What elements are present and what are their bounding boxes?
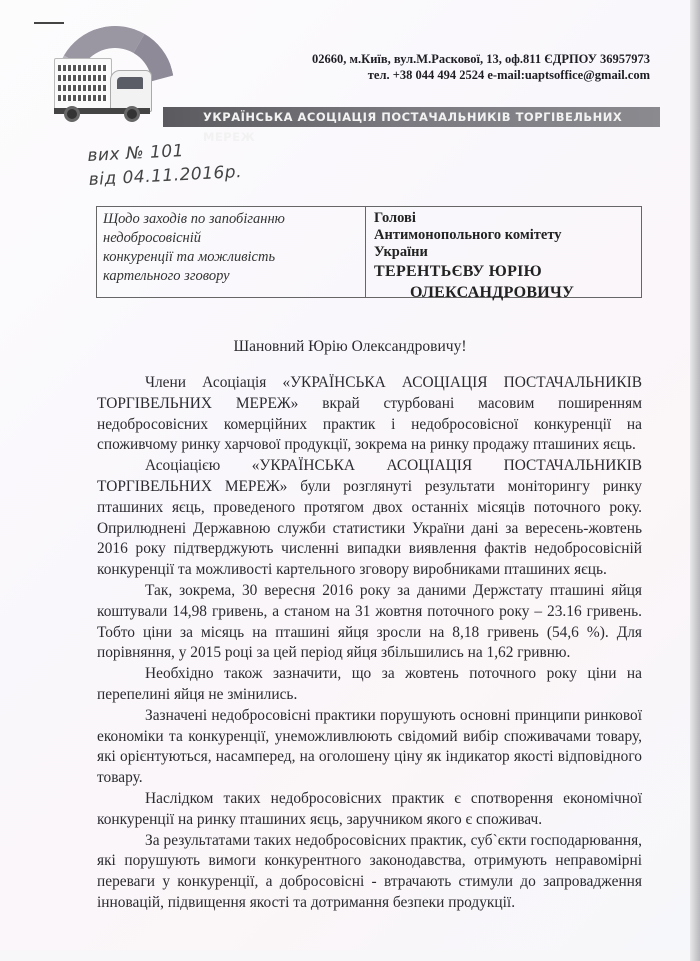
- header-table: Щодо заходів по запобіганню недобросовіс…: [96, 206, 642, 298]
- paragraph: Асоціацією «УКРАЇНСЬКА АСОЦІАЦІЯ ПОСТАЧА…: [97, 456, 642, 581]
- recipient-name: ОЛЕКСАНДРОВИЧУ: [374, 282, 641, 303]
- letter-body: Члени Асоціація «УКРАЇНСЬКА АСОЦІАЦІЯ ПО…: [97, 373, 642, 914]
- paragraph: Члени Асоціація «УКРАЇНСЬКА АСОЦІАЦІЯ ПО…: [97, 373, 642, 456]
- subject-line: Щодо заходів по запобіганню: [103, 210, 365, 229]
- subject-line: недобросовісній: [103, 229, 365, 248]
- paragraph: За результатами таких недобросовісних пр…: [97, 831, 642, 914]
- recipient-line: Антимонопольного комітету: [374, 227, 641, 244]
- paragraph: Так, зокрема, 30 вересня 2016 року за да…: [97, 581, 642, 664]
- paragraph: Необхідно також зазначити, що за жовтень…: [97, 664, 642, 706]
- association-banner: УКРАЇНСЬКА АСОЦІАЦІЯ ПОСТАЧАЛЬНИКІВ ТОРГ…: [163, 107, 660, 127]
- truck-cargo-box: [54, 58, 112, 112]
- recipient-name: ТЕРЕНТЬЄВУ ЮРІЮ: [374, 261, 641, 282]
- truck-wheel: [64, 106, 80, 122]
- handwritten-registration: вих № 101 від 04.11.2016р.: [87, 136, 243, 192]
- subject-line: конкуренції та можливість: [103, 248, 365, 267]
- letterhead-address: 02660, м.Київ, вул.М.Раскової, 13, оф.81…: [312, 51, 650, 83]
- paragraph: Наслідком таких недобросовісних практик …: [97, 789, 642, 831]
- contact-line: тел. +38 044 494 2524 e-mail:uaptsoffice…: [312, 67, 650, 83]
- scan-edge: [690, 0, 700, 961]
- truck-wheel: [124, 106, 140, 122]
- letter-page: 02660, м.Київ, вул.М.Раскової, 13, оф.81…: [0, 0, 690, 950]
- subject-line: картельного зговору: [103, 267, 365, 286]
- recipient-cell: Голові Антимонопольного комітету України…: [366, 207, 641, 297]
- corner-mark: [34, 22, 64, 24]
- delivery-truck-logo-icon: [48, 26, 173, 126]
- recipient-line: Голові: [374, 210, 641, 227]
- recipient-line: України: [374, 244, 641, 261]
- greeting: Шановний Юрію Олександровичу!: [0, 338, 700, 356]
- address-line: 02660, м.Київ, вул.М.Раскової, 13, оф.81…: [312, 51, 650, 67]
- subject-cell: Щодо заходів по запобіганню недобросовіс…: [97, 207, 366, 297]
- paragraph: Зазначені недобросовісні практики порушу…: [97, 706, 642, 789]
